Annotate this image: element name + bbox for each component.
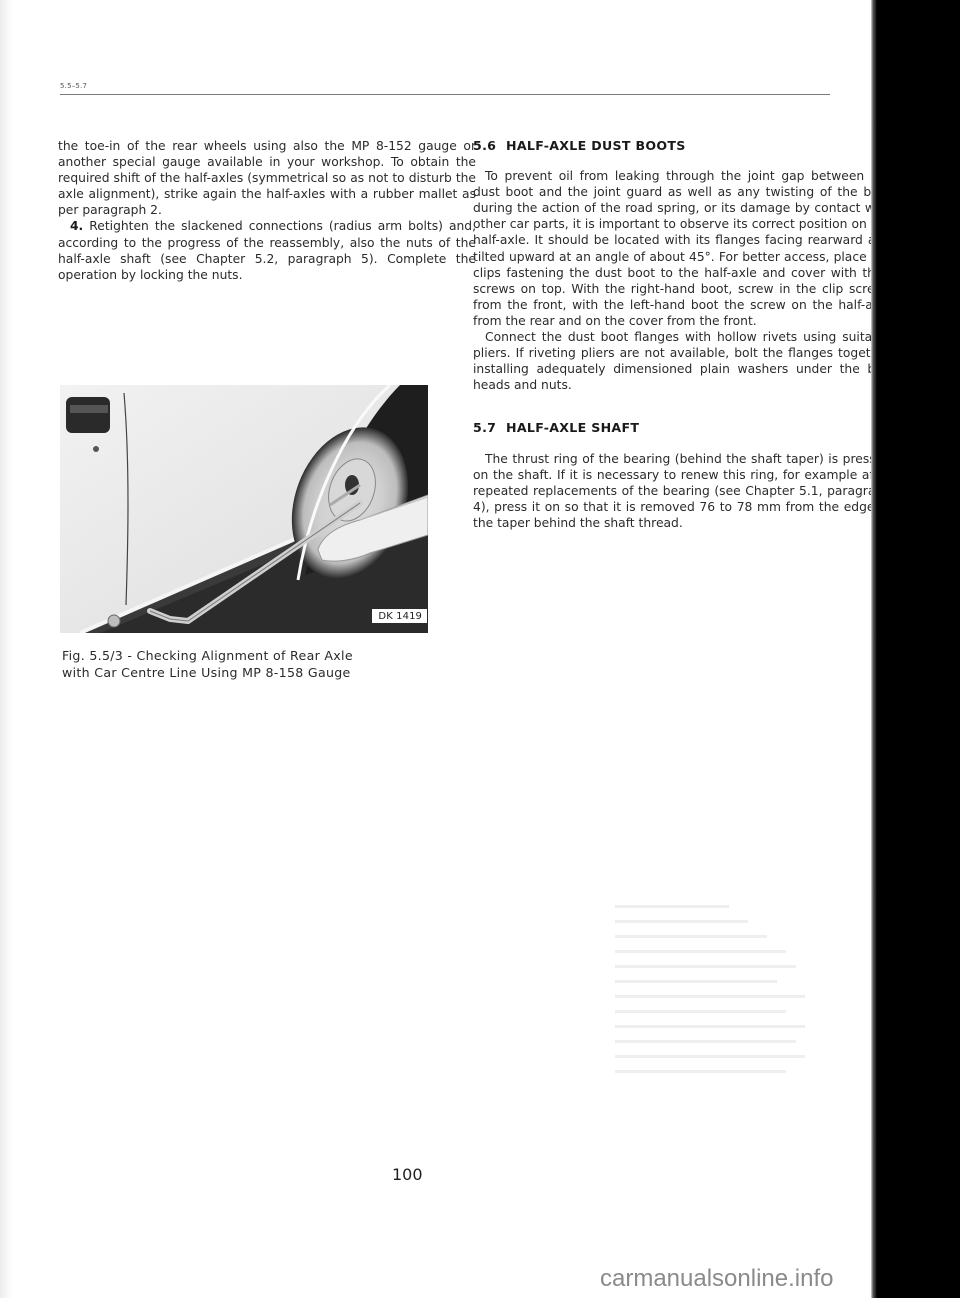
section-number: 5.7 [473, 420, 506, 436]
section-heading: 5.7HALF-AXLE SHAFT [473, 420, 891, 436]
bleed-through-text [615, 905, 805, 1125]
caption-line-1: Fig. 5.5/3 - Checking Alignment of Rear … [62, 647, 434, 664]
header-rule [60, 94, 830, 95]
section-5-7: 5.7HALF-AXLE SHAFT The thrust ring of th… [473, 420, 891, 531]
binding-edge [871, 0, 960, 1298]
section-number: 5.6 [473, 138, 506, 154]
section-title: HALF-AXLE DUST BOOTS [506, 138, 686, 153]
caption-line-2: with Car Centre Line Using MP 8-158 Gaug… [62, 664, 434, 681]
section-paragraph: Connect the dust boot flanges with hollo… [473, 329, 891, 393]
figure-label: DK 1419 [372, 609, 427, 623]
running-head: 5.5–5.7 [60, 82, 87, 90]
section-paragraph: The thrust ring of the bearing (behind t… [473, 451, 891, 531]
figure-photo: DK 1419 [60, 385, 428, 633]
step-4-paragraph: 4. Retighten the slackened connections (… [58, 218, 476, 282]
paragraph-text: To prevent oil from leaking through the … [473, 169, 891, 328]
car-wheel-gauge-photo [60, 385, 428, 633]
page-number: 100 [392, 1165, 423, 1184]
continuation-text: the toe-in of the rear wheels using also… [58, 139, 476, 217]
section-5-6: 5.6HALF-AXLE DUST BOOTS To prevent oil f… [473, 138, 891, 393]
section-heading: 5.6HALF-AXLE DUST BOOTS [473, 138, 891, 154]
section-paragraph: To prevent oil from leaking through the … [473, 168, 891, 329]
left-column: the toe-in of the rear wheels using also… [58, 138, 476, 283]
manual-page: 5.5–5.7 the toe-in of the rear wheels us… [0, 0, 960, 1298]
continuation-paragraph: the toe-in of the rear wheels using also… [58, 138, 476, 218]
step-4-number: 4. [70, 219, 83, 233]
watermark: carmanualsonline.info [600, 1265, 833, 1293]
paragraph-text: The thrust ring of the bearing (behind t… [473, 452, 891, 530]
scan-shadow [0, 0, 12, 1298]
section-title: HALF-AXLE SHAFT [506, 420, 639, 435]
step-4-text: Retighten the slackened connections (rad… [58, 219, 476, 281]
figure-caption: Fig. 5.5/3 - Checking Alignment of Rear … [62, 647, 434, 681]
paragraph-text: Connect the dust boot flanges with hollo… [473, 330, 891, 392]
right-column: 5.6HALF-AXLE DUST BOOTS To prevent oil f… [473, 138, 891, 531]
